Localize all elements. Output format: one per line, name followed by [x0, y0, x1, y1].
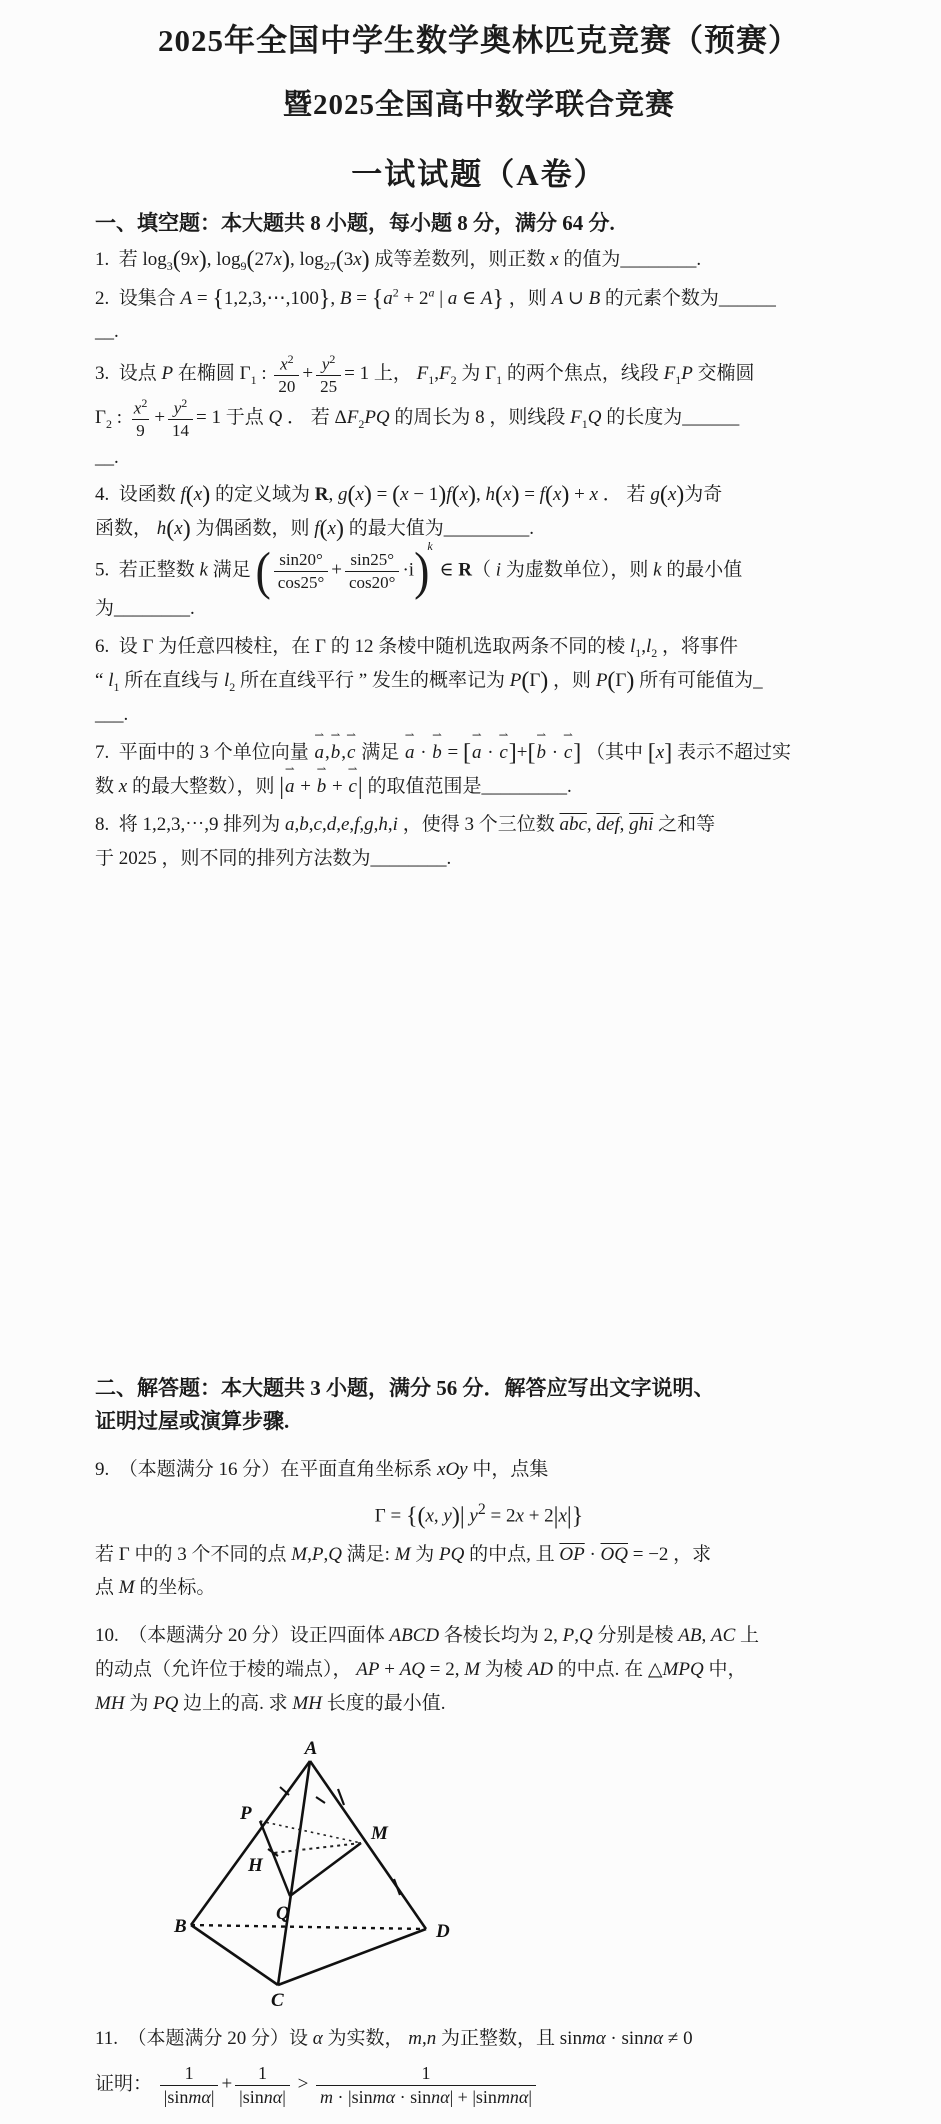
figure-label-p: P	[239, 1803, 252, 1824]
section2-heading-line2: 证明过屋或演算步骤.	[95, 1405, 863, 1438]
question-9-intro: 9. （本题满分 16 分）在平面直角坐标系 xOy 中，点集	[95, 1453, 863, 1487]
question-4: 4. 设函数 f(x) 的定义域为 R, g(x) = (x − 1)f(x),…	[95, 478, 863, 546]
question-1: 1. 若 log3(9x), log9(27x), log27(3x) 成等差数…	[95, 243, 863, 277]
figure-label-q: Q	[276, 1903, 290, 1924]
figure-label-m: M	[370, 1823, 389, 1844]
figure-label-a: A	[304, 1739, 318, 1759]
figure-label-b: B	[173, 1916, 187, 1937]
question-6: 6. 设 Γ 为任意四棱柱，在 Γ 的 12 条棱中随机选取两条不同的棱 l1,…	[95, 630, 863, 732]
question-7: 7. 平面中的 3 个单位向量 a,b,c 满足 a · b = [a · c]…	[95, 736, 863, 804]
question-9-text: 若 Γ 中的 3 个不同的点 M,P,Q 满足: M 为 PQ 的中点, 且 O…	[95, 1538, 863, 1606]
tetrahedron-figure: A B C D P M H Q	[153, 1739, 863, 2016]
title-line-2: 暨2025全国高中数学联合竞赛	[95, 82, 863, 123]
question-11-proof-formula: 证明： 1|sinmα|+1|sinnα| > 1m · |sinmα · si…	[95, 2063, 863, 2107]
figure-label-h: H	[247, 1855, 264, 1876]
exam-paper-page: 2025年全国中学生数学奥林匹克竞赛（预赛） 暨2025全国高中数学联合竞赛 一…	[0, 0, 941, 2124]
title-line-3: 一试试题（A卷）	[95, 149, 863, 194]
section1-heading: 一、填空题：本大题共 8 小题，每小题 8 分，满分 64 分.	[95, 208, 863, 240]
figure-label-d: D	[435, 1921, 450, 1942]
blank-area	[95, 875, 863, 1372]
question-11-line1: 11. （本题满分 20 分）设 α 为实数， m,n 为正整数，且 sinmα…	[95, 2022, 863, 2056]
question-8: 8. 将 1,2,3,⋯,9 排列为 a,b,c,d,e,f,g,h,i ，使得…	[95, 808, 863, 876]
question-10: 10. （本题满分 20 分）设正四面体 ABCD 各棱长均为 2, P,Q 分…	[95, 1619, 863, 1720]
question-9-formula: Γ = {(x, y)| y2 = 2x + 2|x|}	[95, 1501, 863, 1527]
title-line-1: 2025年全国中学生数学奥林匹克竞赛（预赛）	[95, 20, 863, 62]
figure-label-c: C	[271, 1990, 284, 2011]
question-5: 5. 若正整数 k 满足 (sin20°cos25°+sin25°cos20°·…	[95, 550, 863, 626]
question-3: 3. 设点 P 在椭圆 Γ1 : x220+y225= 1 上， F1,F2 为…	[95, 353, 863, 474]
question-2: 2. 设集合 A = {1,2,3,⋯,100}, B = {a2 + 2a |…	[95, 282, 863, 350]
section2-heading-line1: 二、解答题：本大题共 3 小题，满分 56 分．解答应写出文字说明、	[95, 1372, 863, 1405]
